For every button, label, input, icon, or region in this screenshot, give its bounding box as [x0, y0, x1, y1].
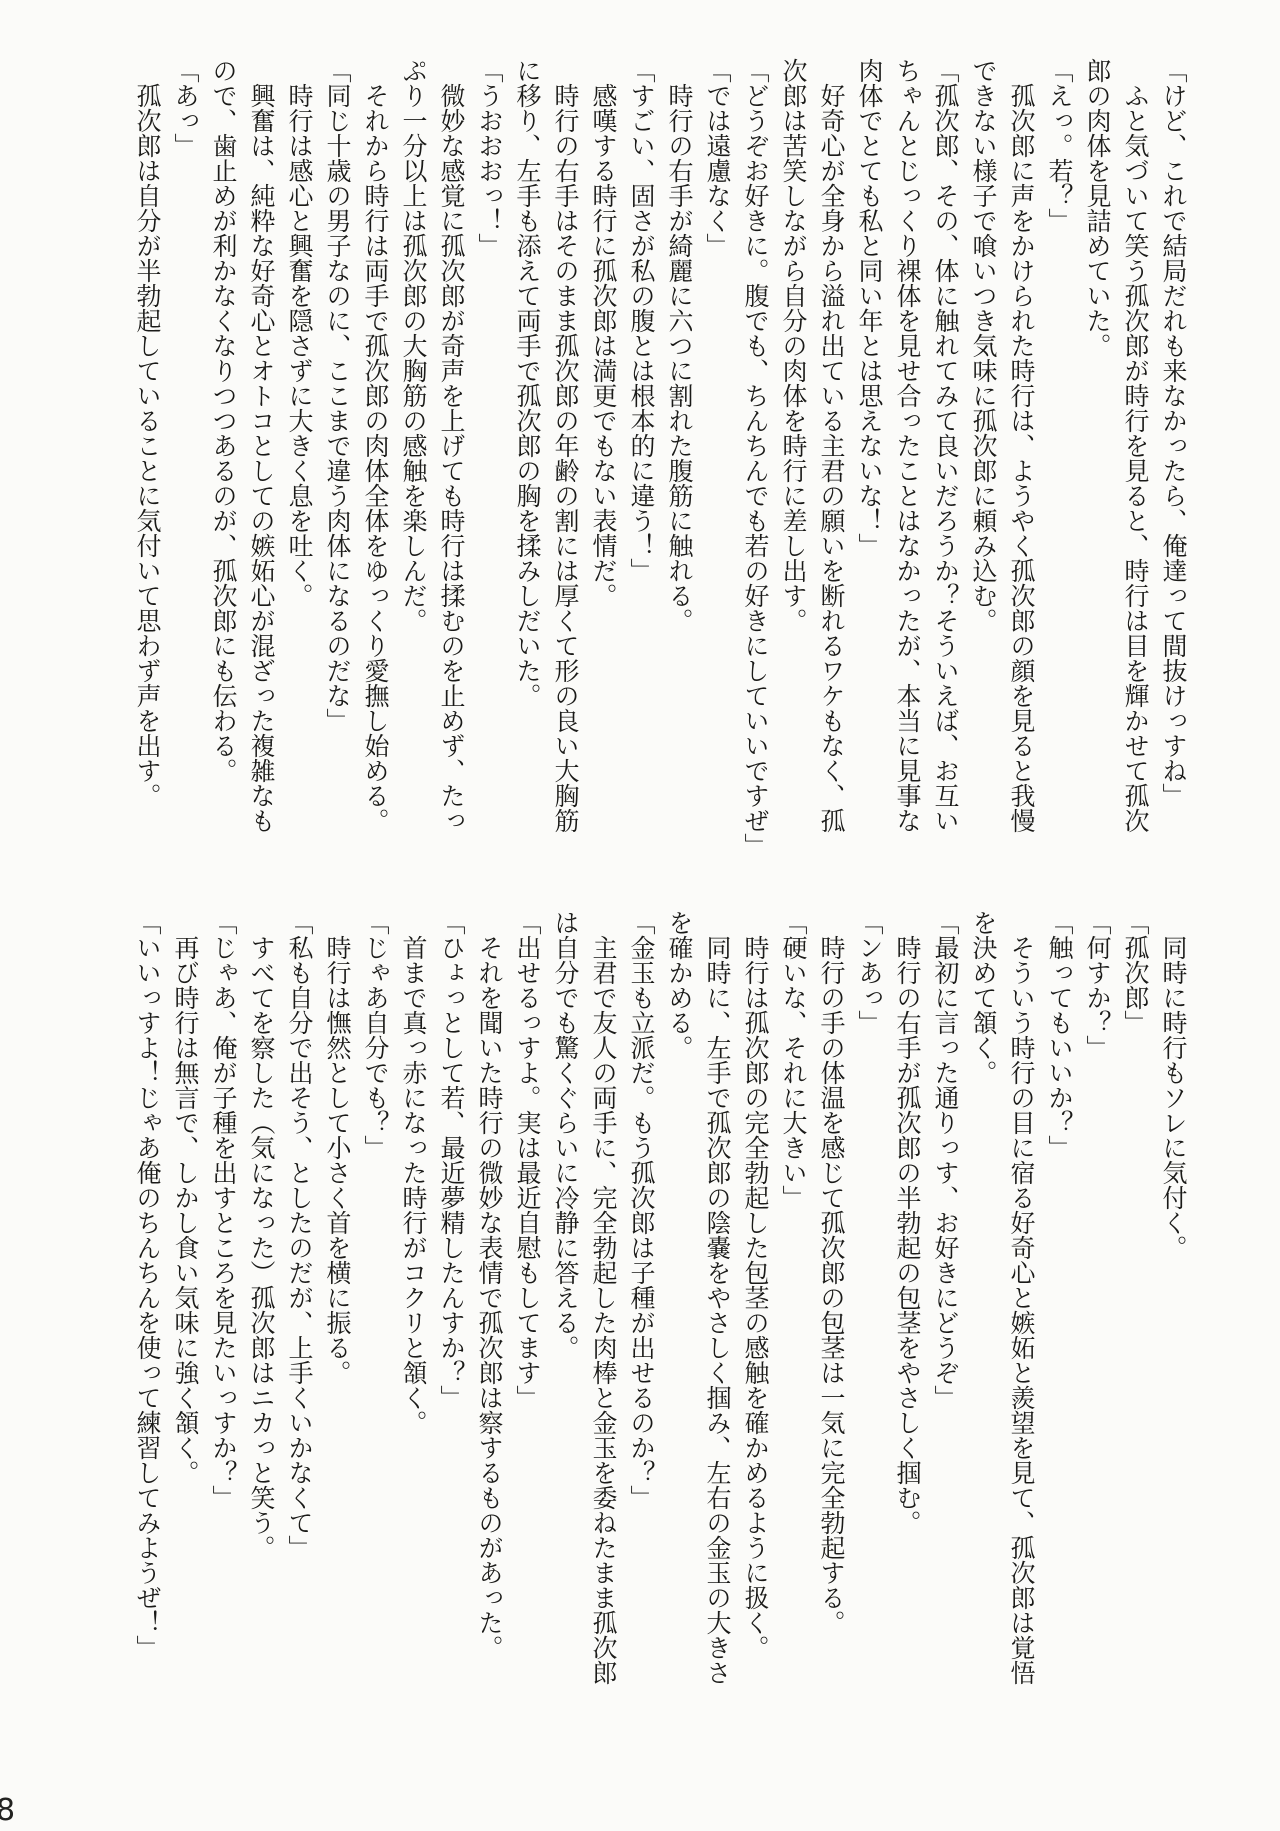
text-line: 「私も自分で出そう、としたのだが、上手くいかなくて」 — [279, 910, 317, 1698]
text-line: 時行は孤次郎の完全勃起した包茎の感触を確かめるように扱く。 — [735, 910, 773, 1698]
text-line: 時行の右手はそのまま孤次郎の年齢の割には厚くて形の良い大胸筋に移り、左手も添えて… — [507, 58, 583, 846]
text-line: 「では遠慮なく」 — [697, 58, 735, 846]
text-line: 時行は憮然として小さく首を横に振る。 — [317, 910, 355, 1698]
text-line: 「ひょっとして若、最近夢精したんすか？」 — [431, 910, 469, 1698]
text-line: 時行の右手が綺麗に六つに割れた腹筋に触れる。 — [659, 58, 697, 846]
text-line: 「じゃあ、俺が子種を出すところを見たいっすか？」 — [203, 910, 241, 1698]
text-line: 「同じ十歳の男子なのに、ここまで違う肉体になるのだな」 — [317, 58, 355, 846]
text-line: すべてを察した（気になった）孤次郎はニカっと笑う。 — [241, 910, 279, 1698]
upper-text-block: 「けど、これで結局だれも来なかったら、俺達って間抜けっすね」 ふと気づいて笑う孤… — [127, 58, 1191, 846]
text-line: 再び時行は無言で、しかし食い気味に強く頷く。 — [165, 910, 203, 1698]
text-line: 感嘆する時行に孤次郎は満更でもない表情だ。 — [583, 58, 621, 846]
text-line: 「どうぞお好きに。腹でも、ちんちんでも若の好きにしていいですぜ」 — [735, 58, 773, 846]
text-line: 同時に、左手で孤次郎の陰嚢をやさしく掴み、左右の金玉の大きさを確かめる。 — [659, 910, 735, 1698]
text-line: 時行の右手が孤次郎の半勃起の包茎をやさしく掴む。 — [887, 910, 925, 1698]
text-line: 興奮は、純粋な好奇心とオトコとしての嫉妬心が混ざった複雑なもので、歯止めが利かな… — [203, 58, 279, 846]
text-line: そういう時行の目に宿る好奇心と嫉妬と羨望を見て、孤次郎は覚悟を決めて頷く。 — [963, 910, 1039, 1698]
text-line: 「出せるっすよ。実は最近自慰もしてます」 — [507, 910, 545, 1698]
text-line: 「最初に言った通りっす、お好きにどうぞ」 — [925, 910, 963, 1698]
text-line: 「けど、これで結局だれも来なかったら、俺達って間抜けっすね」 — [1153, 58, 1191, 846]
text-line: 「孤次郎、その、体に触れてみて良いだろうか？そういえば、お互いちゃんとじっくり裸… — [849, 58, 963, 846]
text-line: 「すごい、固さが私の腹とは根本的に違う！」 — [621, 58, 659, 846]
lower-text-block: 同時に時行もソレに気付く。「孤次郎」「何すか？」「触ってもいいか？」 そういう時… — [127, 910, 1191, 1698]
text-line: 好奇心が全身から溢れ出ている主君の願いを断れるワケもなく、孤次郎は苦笑しながら自… — [773, 58, 849, 846]
novel-page: 「けど、これで結局だれも来なかったら、俺達って間抜けっすね」 ふと気づいて笑う孤… — [0, 0, 1280, 1831]
text-line: 「何すか？」 — [1077, 910, 1115, 1698]
text-line: それから時行は両手で孤次郎の肉体全体をゆっくり愛撫し始める。 — [355, 58, 393, 846]
text-line: 微妙な感覚に孤次郎が奇声を上げても時行は揉むのを止めず、たっぷり一分以上は孤次郎… — [393, 58, 469, 846]
text-line: 「触ってもいいか？」 — [1039, 910, 1077, 1698]
text-line: 主君で友人の両手に、完全勃起した肉棒と金玉を委ねたまま孤次郎は自分でも驚くぐらい… — [545, 910, 621, 1698]
page-number: 8 — [0, 1793, 15, 1828]
text-line: 「あっ」 — [165, 58, 203, 846]
text-line: 同時に時行もソレに気付く。 — [1153, 910, 1191, 1698]
text-line: 「えっ。若？」 — [1039, 58, 1077, 846]
text-line: 首まで真っ赤になった時行がコクリと頷く。 — [393, 910, 431, 1698]
text-line: 孤次郎は自分が半勃起していることに気付いて思わず声を出す。 — [127, 58, 165, 846]
text-line: 「いいっすよ！じゃあ俺のちんちんを使って練習してみようぜ！」 — [127, 910, 165, 1698]
text-line: 時行は感心と興奮を隠さずに大きく息を吐く。 — [279, 58, 317, 846]
text-line: 「硬いな、それに大きい」 — [773, 910, 811, 1698]
text-line: 「孤次郎」 — [1115, 910, 1153, 1698]
text-line: ふと気づいて笑う孤次郎が時行を見ると、時行は目を輝かせて孤次郎の肉体を見詰めてい… — [1077, 58, 1153, 846]
text-line: 「じゃあ自分でも？」 — [355, 910, 393, 1698]
text-line: 「金玉も立派だ。もう孤次郎は子種が出せるのか？」 — [621, 910, 659, 1698]
text-line: 孤次郎に声をかけられた時行は、ようやく孤次郎の顔を見ると我慢できない様子で喰いつ… — [963, 58, 1039, 846]
text-line: それを聞いた時行の微妙な表情で孤次郎は察するものがあった。 — [469, 910, 507, 1698]
text-line: 時行の手の体温を感じて孤次郎の包茎は一気に完全勃起する。 — [811, 910, 849, 1698]
text-line: 「ンあっ」 — [849, 910, 887, 1698]
text-line: 「うおおおっ！」 — [469, 58, 507, 846]
